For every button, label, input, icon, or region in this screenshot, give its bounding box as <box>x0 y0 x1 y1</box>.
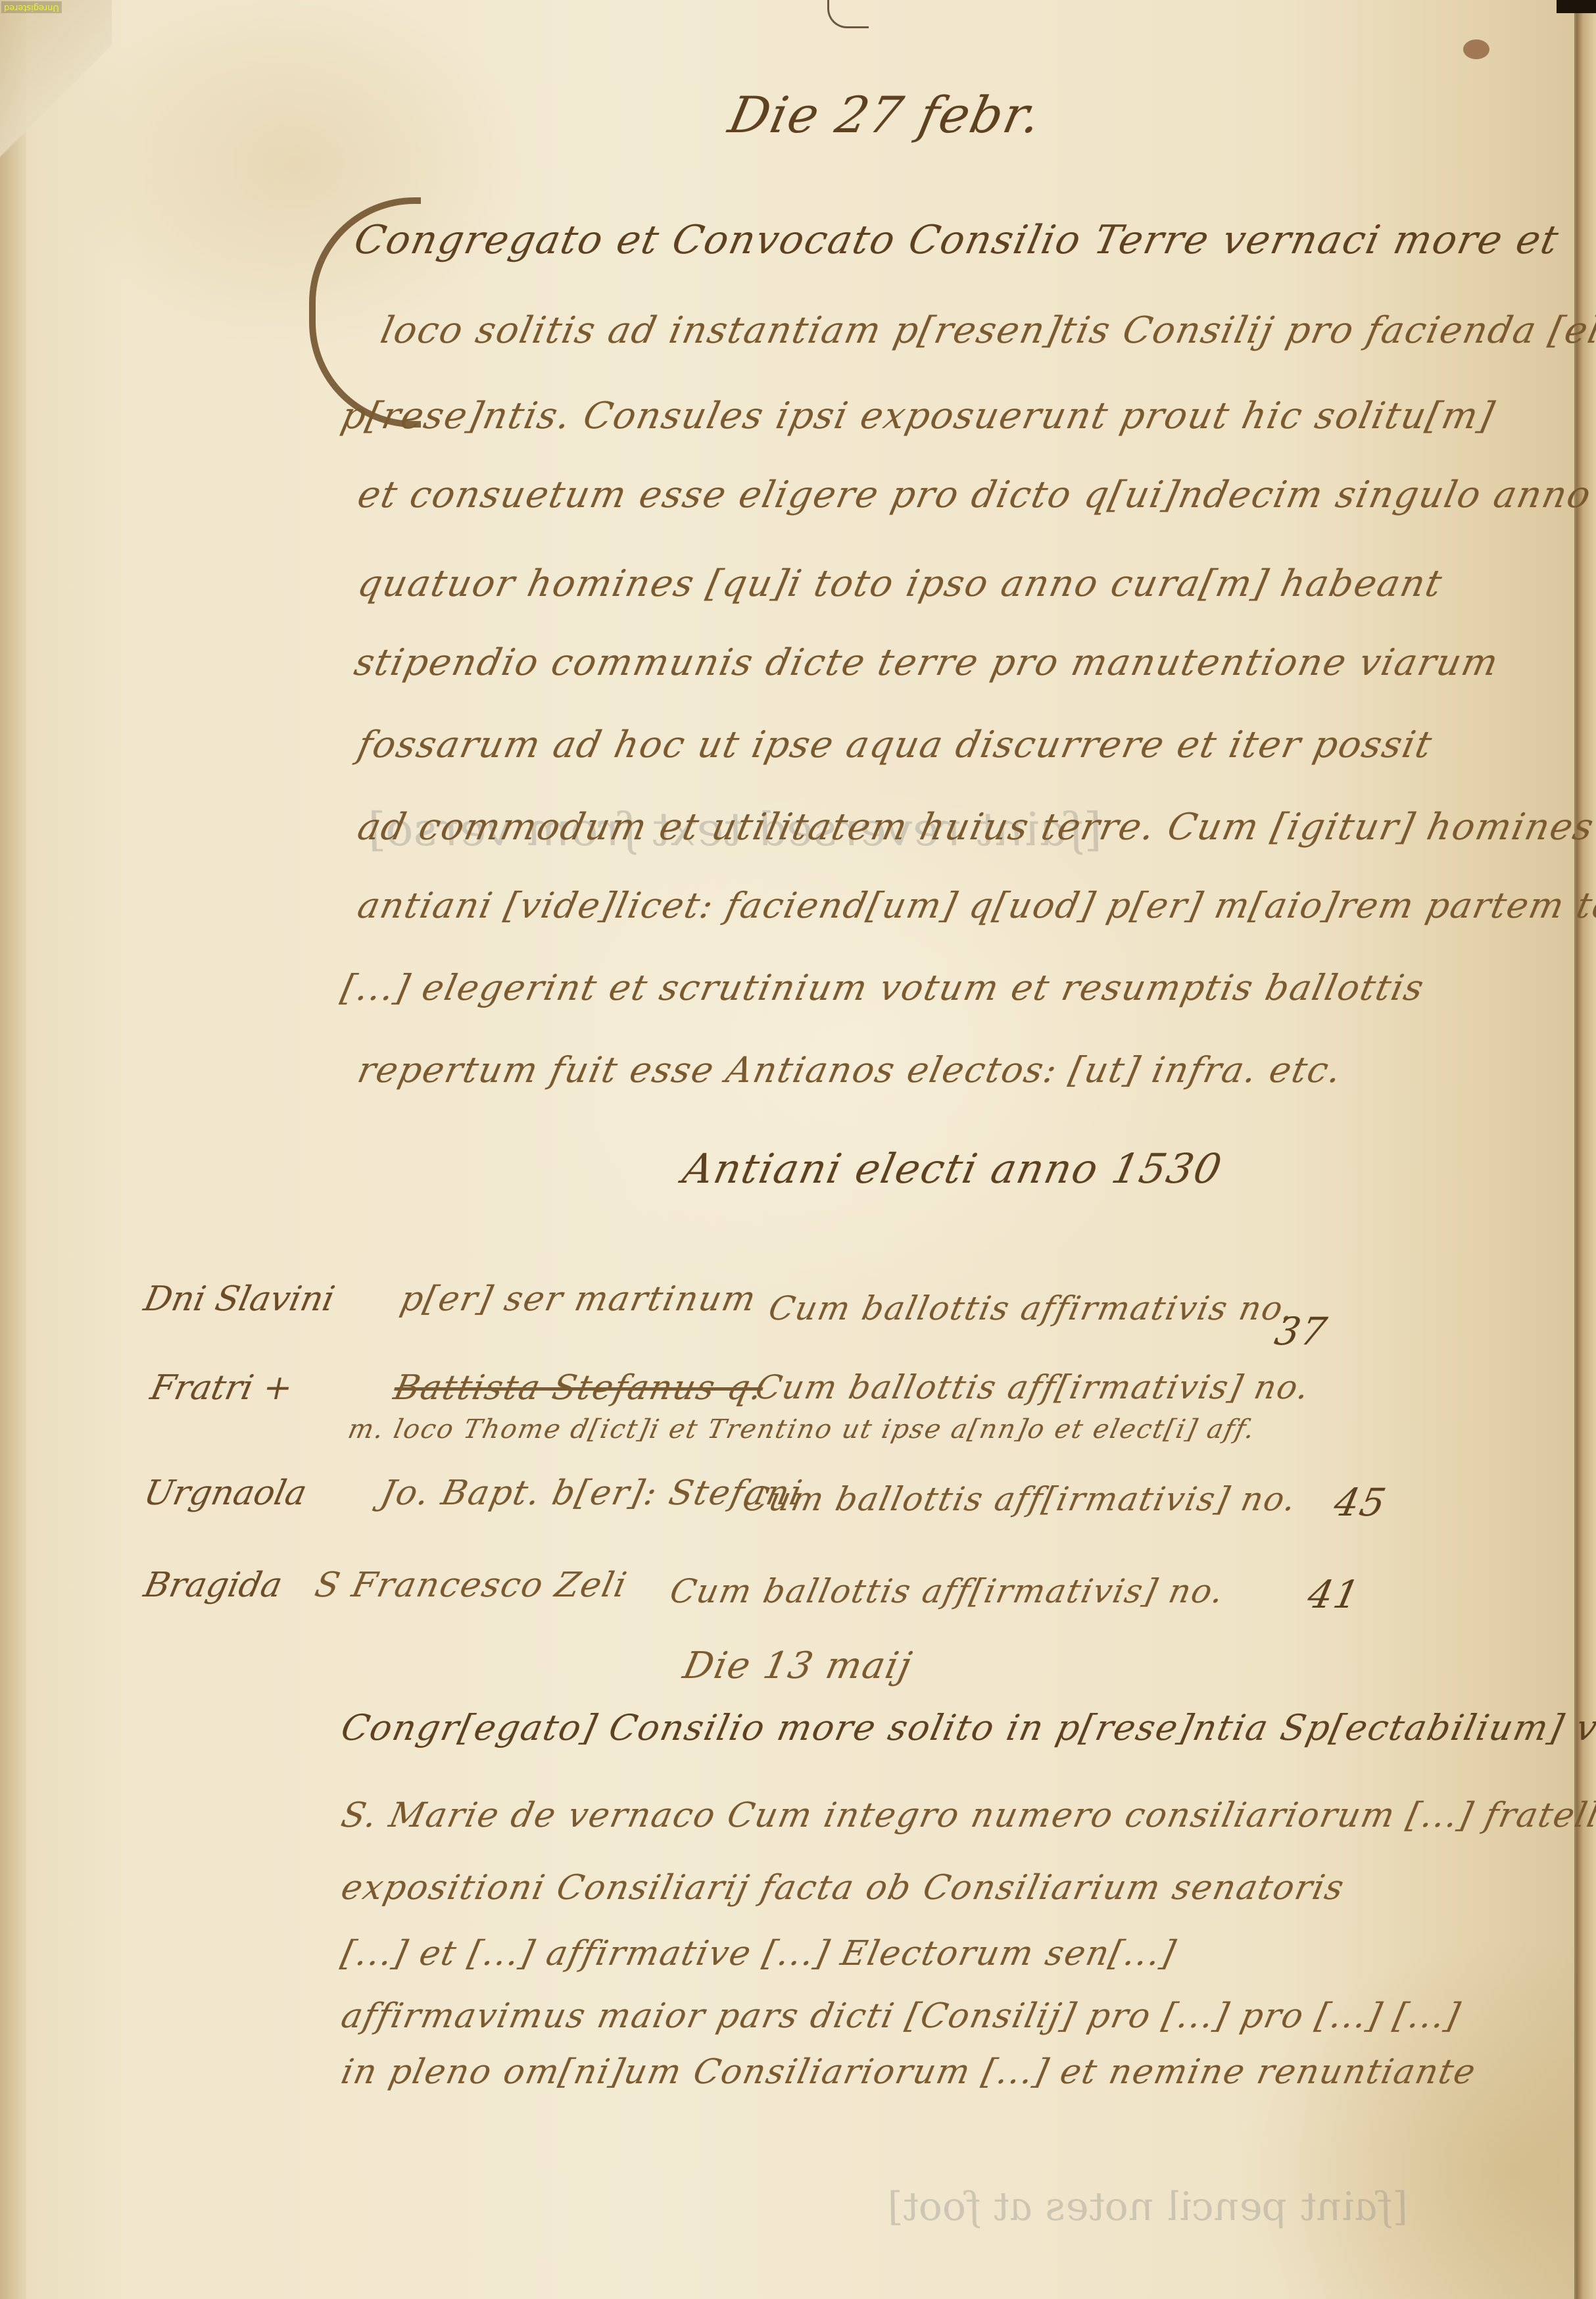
margin-locality: Bragida <box>141 1566 286 1605</box>
votes-label: Cum ballottis affirmativis no. <box>765 1289 1299 1327</box>
text-line-2: loco solitis ad instantiam p[resen]tis C… <box>377 309 1596 352</box>
text-line-14: expositioni Consiliarij facta ob Consili… <box>338 1868 1349 1908</box>
text-line-8: ad commodum et utilitatem huius terre. C… <box>354 806 1596 849</box>
page-left-edge <box>0 0 26 2299</box>
text-line-1: Congregato et Convocato Consilio Terre v… <box>351 217 1564 263</box>
ink-stain <box>1463 39 1489 59</box>
binding-thread <box>827 0 869 28</box>
margin-locality: Dni Slavini <box>141 1279 338 1319</box>
vote-count: 45 <box>1330 1480 1391 1525</box>
votes-label: Cum ballottis aff[irmativis] no. <box>739 1480 1301 1518</box>
text-line-3: p[rese]ntis. Consules ipsi exposuerunt p… <box>337 395 1499 437</box>
software-watermark: Unregistered <box>1 1 62 13</box>
text-line-16: affirmavimus maior pars dicti [Consilij]… <box>338 1996 1464 2036</box>
text-line-13: S. Marie de vernaco Cum integro numero c… <box>338 1796 1596 1835</box>
manuscript-scan: Unregistered [faint reversed text from v… <box>0 0 1596 2299</box>
text-line-6: stipendio communis dicte terre pro manut… <box>351 641 1503 684</box>
text-line-11: repertum fuit esse Antianos electos: [ut… <box>354 1049 1346 1091</box>
date-heading-13-may: Die 13 maij <box>679 1644 916 1687</box>
vote-count: 41 <box>1304 1572 1365 1617</box>
margin-locality: Urgnaola <box>141 1473 310 1513</box>
text-line-12: Congr[egato] Consilio more solito in p[r… <box>337 1707 1596 1748</box>
top-right-shadow <box>1557 0 1596 13</box>
elected-name: p[er] ser martinum <box>397 1279 761 1319</box>
text-line-7: fossarum ad hoc ut ipse aqua discurrere … <box>354 724 1436 766</box>
text-line-15: [...] et [...] affirmative [...] Elector… <box>338 1934 1180 1973</box>
page-corner-fold <box>0 0 112 171</box>
bleed-through-pencil: [faint pencil notes at foot] <box>884 2184 1413 2230</box>
date-heading-27-feb: Die 27 febr. <box>724 86 1048 144</box>
elected-antiani-heading: Antiani electi anno 1530 <box>679 1145 1226 1193</box>
vote-count: 37 <box>1271 1309 1332 1354</box>
margin-locality: Fratri + <box>147 1368 297 1408</box>
votes-label: Cum ballottis aff[irmativis] no. <box>667 1572 1228 1610</box>
text-line-9: antiani [vide]licet: faciend[um] q[uod] … <box>354 885 1596 926</box>
votes-label: Cum ballottis aff[irmativis] no. <box>752 1368 1314 1406</box>
text-line-17: in pleno om[ni]um Consiliariorum [...] e… <box>338 2052 1480 2092</box>
text-line-10: [...] elegerint et scrutinium votum et r… <box>337 967 1428 1008</box>
elected-name-struck: Battista Stefanus q. <box>391 1368 767 1408</box>
elected-name: S Francesco Zeli <box>312 1566 631 1605</box>
text-line-5: quatuor homines [qu]i toto ipso anno cur… <box>354 562 1447 605</box>
interlinear-note: m. loco Thome d[ict]i et Trentino ut ips… <box>345 1414 1259 1445</box>
text-line-4: et consuetum esse eligere pro dicto q[ui… <box>354 474 1595 516</box>
